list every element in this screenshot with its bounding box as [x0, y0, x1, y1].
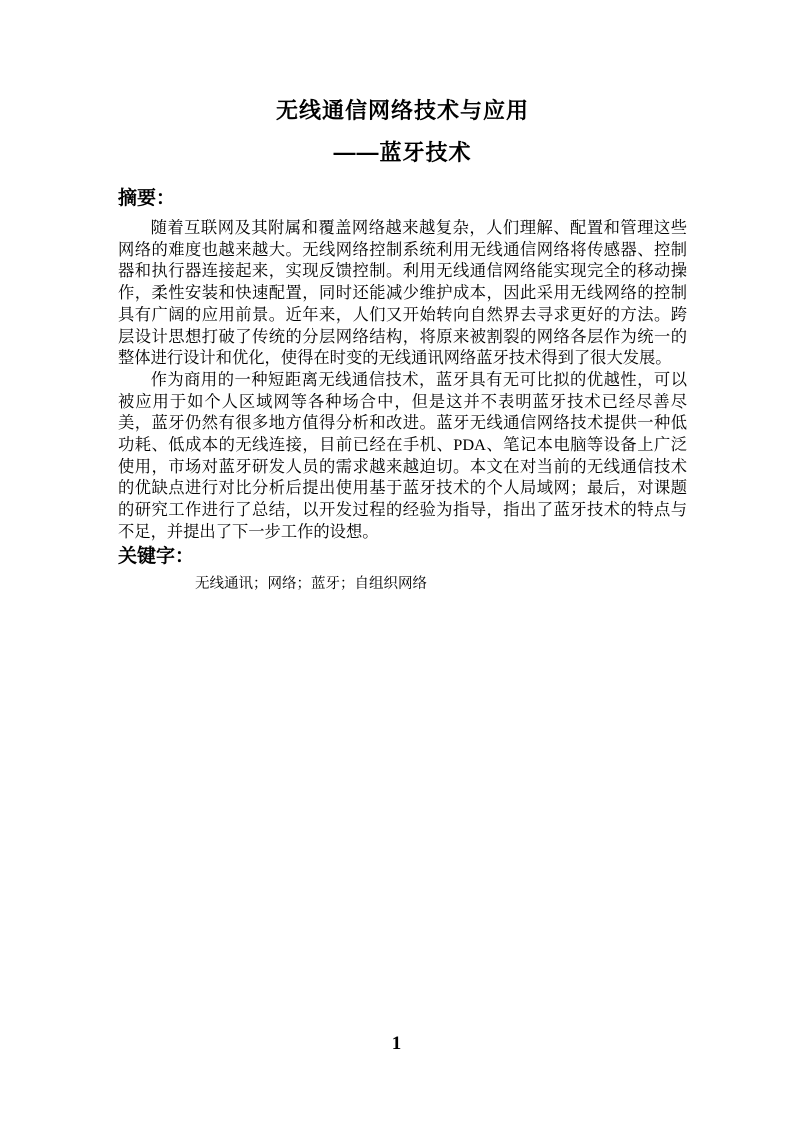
abstract-heading: 摘要： [118, 187, 687, 211]
document-page: 无线通信网络技术与应用 ——蓝牙技术 摘要： 随着互联网及其附属和覆盖网络越来越… [0, 0, 793, 1122]
keywords-heading: 关键字： [118, 545, 687, 569]
document-title: 无线通信网络技术与应用 [118, 97, 687, 125]
document-subtitle: ——蓝牙技术 [118, 139, 687, 167]
keywords-text: 无线通讯；网络；蓝牙；自组织网络 [195, 575, 687, 593]
abstract-paragraph-1: 随着互联网及其附属和覆盖网络越来越复杂，人们理解、配置和管理这些网络的难度也越来… [118, 217, 687, 369]
document-content: 无线通信网络技术与应用 ——蓝牙技术 摘要： 随着互联网及其附属和覆盖网络越来越… [0, 0, 793, 593]
page-number: 1 [0, 1033, 793, 1055]
abstract-paragraph-2: 作为商用的一种短距离无线通信技术，蓝牙具有无可比拟的优越性，可以被应用于如个人区… [118, 369, 687, 543]
